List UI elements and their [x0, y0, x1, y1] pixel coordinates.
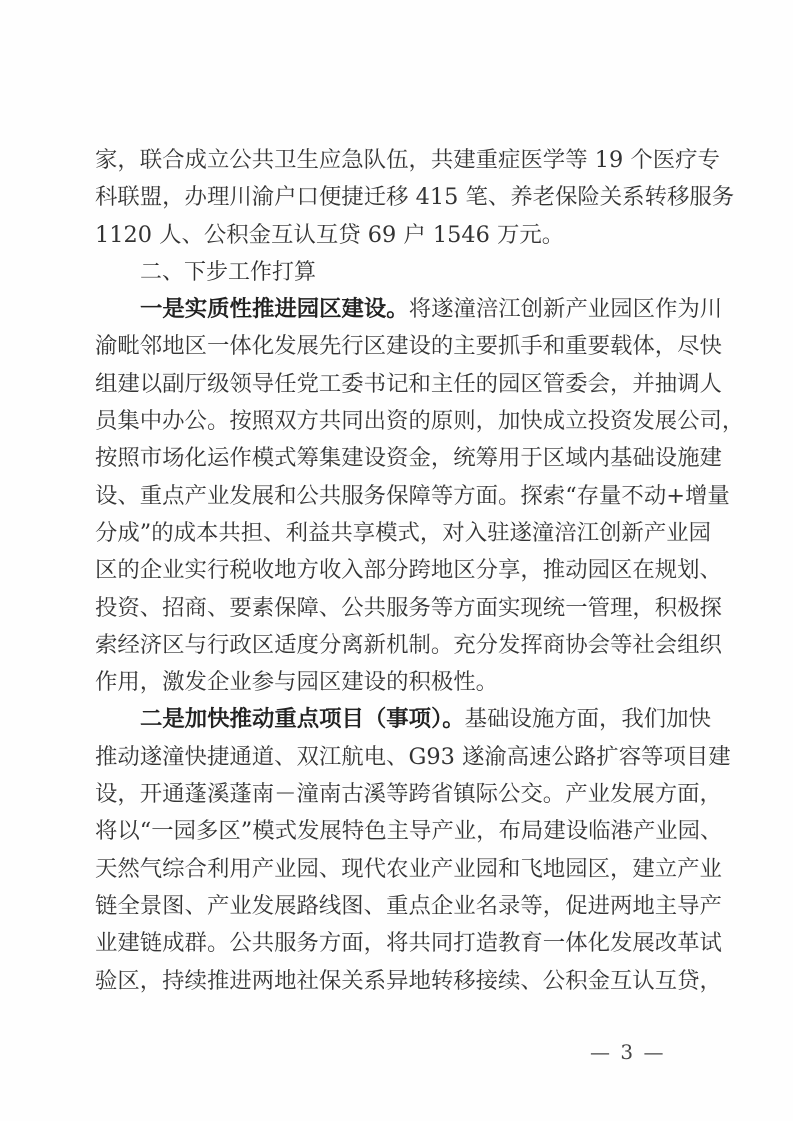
text-line: 业建链成群。公共服务方面，将共同打造教育一体化发展改革试 [95, 925, 699, 962]
body-text: 家，联合成立公共卫生应急队伍，共建重症医学等 19 个医疗专 科联盟，办理川渝户… [95, 142, 699, 1000]
page-number: — 3 — [590, 1040, 665, 1064]
paragraph-first-line: 一是实质性推进园区建设。将遂潼涪江创新产业园区作为川 [95, 291, 699, 328]
text-line: 设、重点产业发展和公共服务保障等方面。探索“存量不动+增量 [95, 478, 699, 515]
text-line: 链全景图、产业发展路线图、重点企业名录等，促进两地主导产 [95, 888, 699, 925]
document-page: 家，联合成立公共卫生应急队伍，共建重症医学等 19 个医疗专 科联盟，办理川渝户… [0, 0, 793, 1121]
text-line: 作用，激发企业参与园区建设的积极性。 [95, 664, 699, 701]
text-line: 索经济区与行政区适度分离新机制。充分发挥商协会等社会组织 [95, 627, 699, 664]
text-line: 验区，持续推进两地社保关系异地转移接续、公积金互认互贷， [95, 963, 699, 1000]
text-line: 科联盟，办理川渝户口便捷迁移 415 笔、养老保险关系转移服务 [95, 179, 699, 216]
text-line: 设，开通蓬溪蓬南－潼南古溪等跨省镇际公交。产业发展方面， [95, 776, 699, 813]
text-line: 1120 人、公积金互认互贷 69 户 1546 万元。 [95, 217, 699, 254]
text-line: 投资、招商、要素保障、公共服务等方面实现统一管理，积极探 [95, 590, 699, 627]
text-line: 天然气综合利用产业园、现代农业产业园和飞地园区，建立产业 [95, 851, 699, 888]
paragraph-lead-bold: 二是加快推动重点项目（事项）。 [140, 706, 465, 732]
text-line: 渝毗邻地区一体化发展先行区建设的主要抓手和重要载体，尽快 [95, 328, 699, 365]
text-line: 员集中办公。按照双方共同出资的原则，加快成立投资发展公司， [95, 403, 699, 440]
section-heading: 二、下步工作打算 [95, 254, 699, 291]
text-line: 推动遂潼快捷通道、双江航电、G93 遂渝高速公路扩容等项目建 [95, 739, 699, 776]
paragraph-first-line: 二是加快推动重点项目（事项）。基础设施方面，我们加快 [95, 701, 699, 738]
text-line: 分成”的成本共担、利益共享模式，对入驻遂潼涪江创新产业园 [95, 515, 699, 552]
text-line: 将以“一园多区”模式发展特色主导产业，布局建设临港产业园、 [95, 813, 699, 850]
text-line: 区的企业实行税收地方收入部分跨地区分享，推动园区在规划、 [95, 552, 699, 589]
paragraph-lead-rest: 基础设施方面，我们加快 [465, 706, 711, 732]
text-line: 组建以副厅级领导任党工委书记和主任的园区管委会，并抽调人 [95, 366, 699, 403]
text-line: 家，联合成立公共卫生应急队伍，共建重症医学等 19 个医疗专 [95, 142, 699, 179]
paragraph-lead-rest: 将遂潼涪江创新产业园区作为川 [409, 296, 722, 322]
paragraph-lead-bold: 一是实质性推进园区建设。 [140, 296, 409, 322]
text-line: 按照市场化运作模式筹集建设资金，统筹用于区域内基础设施建 [95, 440, 699, 477]
